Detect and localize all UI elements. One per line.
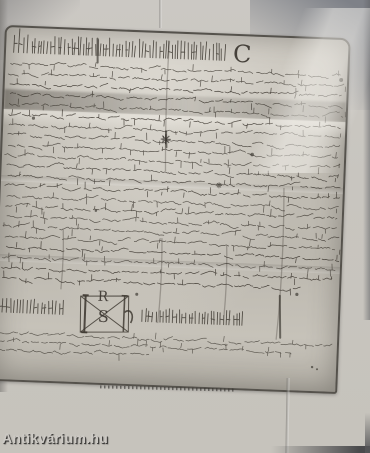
script-stroke: [3, 220, 339, 246]
charter-photo[interactable]: C R S: [0, 25, 351, 394]
page-edge-right: [363, 0, 370, 320]
initial-letter: C: [233, 40, 252, 69]
script-stroke: [0, 346, 149, 362]
book-page-photo: C R S Antikvárium.hu: [0, 0, 370, 453]
script-stroke: [0, 327, 332, 353]
page-shadow-bottom-right: [260, 446, 370, 453]
script-stroke: [2, 251, 335, 277]
monogram-letter-r: R: [97, 289, 109, 305]
ink-blot: [311, 366, 313, 368]
script-stroke: [14, 29, 29, 53]
script-stroke: [97, 39, 99, 63]
script-stroke: [8, 128, 340, 152]
ink-blot: [135, 293, 138, 296]
script-stroke: [2, 271, 300, 296]
page-fold-line-bottom: [285, 378, 289, 453]
ink-blot: [295, 293, 298, 296]
script-stroke: [0, 298, 63, 315]
script-stroke: [32, 35, 226, 60]
ink-blot: [250, 153, 254, 157]
script-stroke: [8, 138, 338, 164]
script-stroke: [10, 57, 340, 81]
script-stroke: [7, 159, 339, 184]
script-stroke: [5, 230, 340, 255]
monogram-letter-s: S: [98, 307, 110, 326]
ink-blot: [316, 368, 318, 370]
script-stroke: [142, 307, 243, 325]
script-stroke: [4, 149, 347, 175]
manuscript-script-rendering: C R S: [0, 27, 349, 392]
script-stroke: [7, 209, 337, 235]
script-stroke: [5, 179, 340, 204]
royal-monogram: R S: [79, 288, 133, 334]
ink-blot: [32, 117, 35, 120]
script-stroke: [9, 98, 345, 123]
script-stroke: [164, 41, 171, 171]
script-stroke: [9, 119, 341, 144]
watermark-text: Antikvárium.hu: [2, 430, 108, 446]
script-stroke: [9, 108, 341, 134]
script-stroke: [7, 191, 339, 216]
ink-blot: [339, 78, 343, 82]
script-stroke: [0, 335, 291, 358]
script-stroke: [8, 67, 346, 92]
page-shadow-bottom-right-edge: [365, 408, 370, 453]
script-stroke: [216, 182, 222, 188]
script-stroke: [5, 199, 337, 226]
page-fold-line-top: [159, 0, 162, 28]
